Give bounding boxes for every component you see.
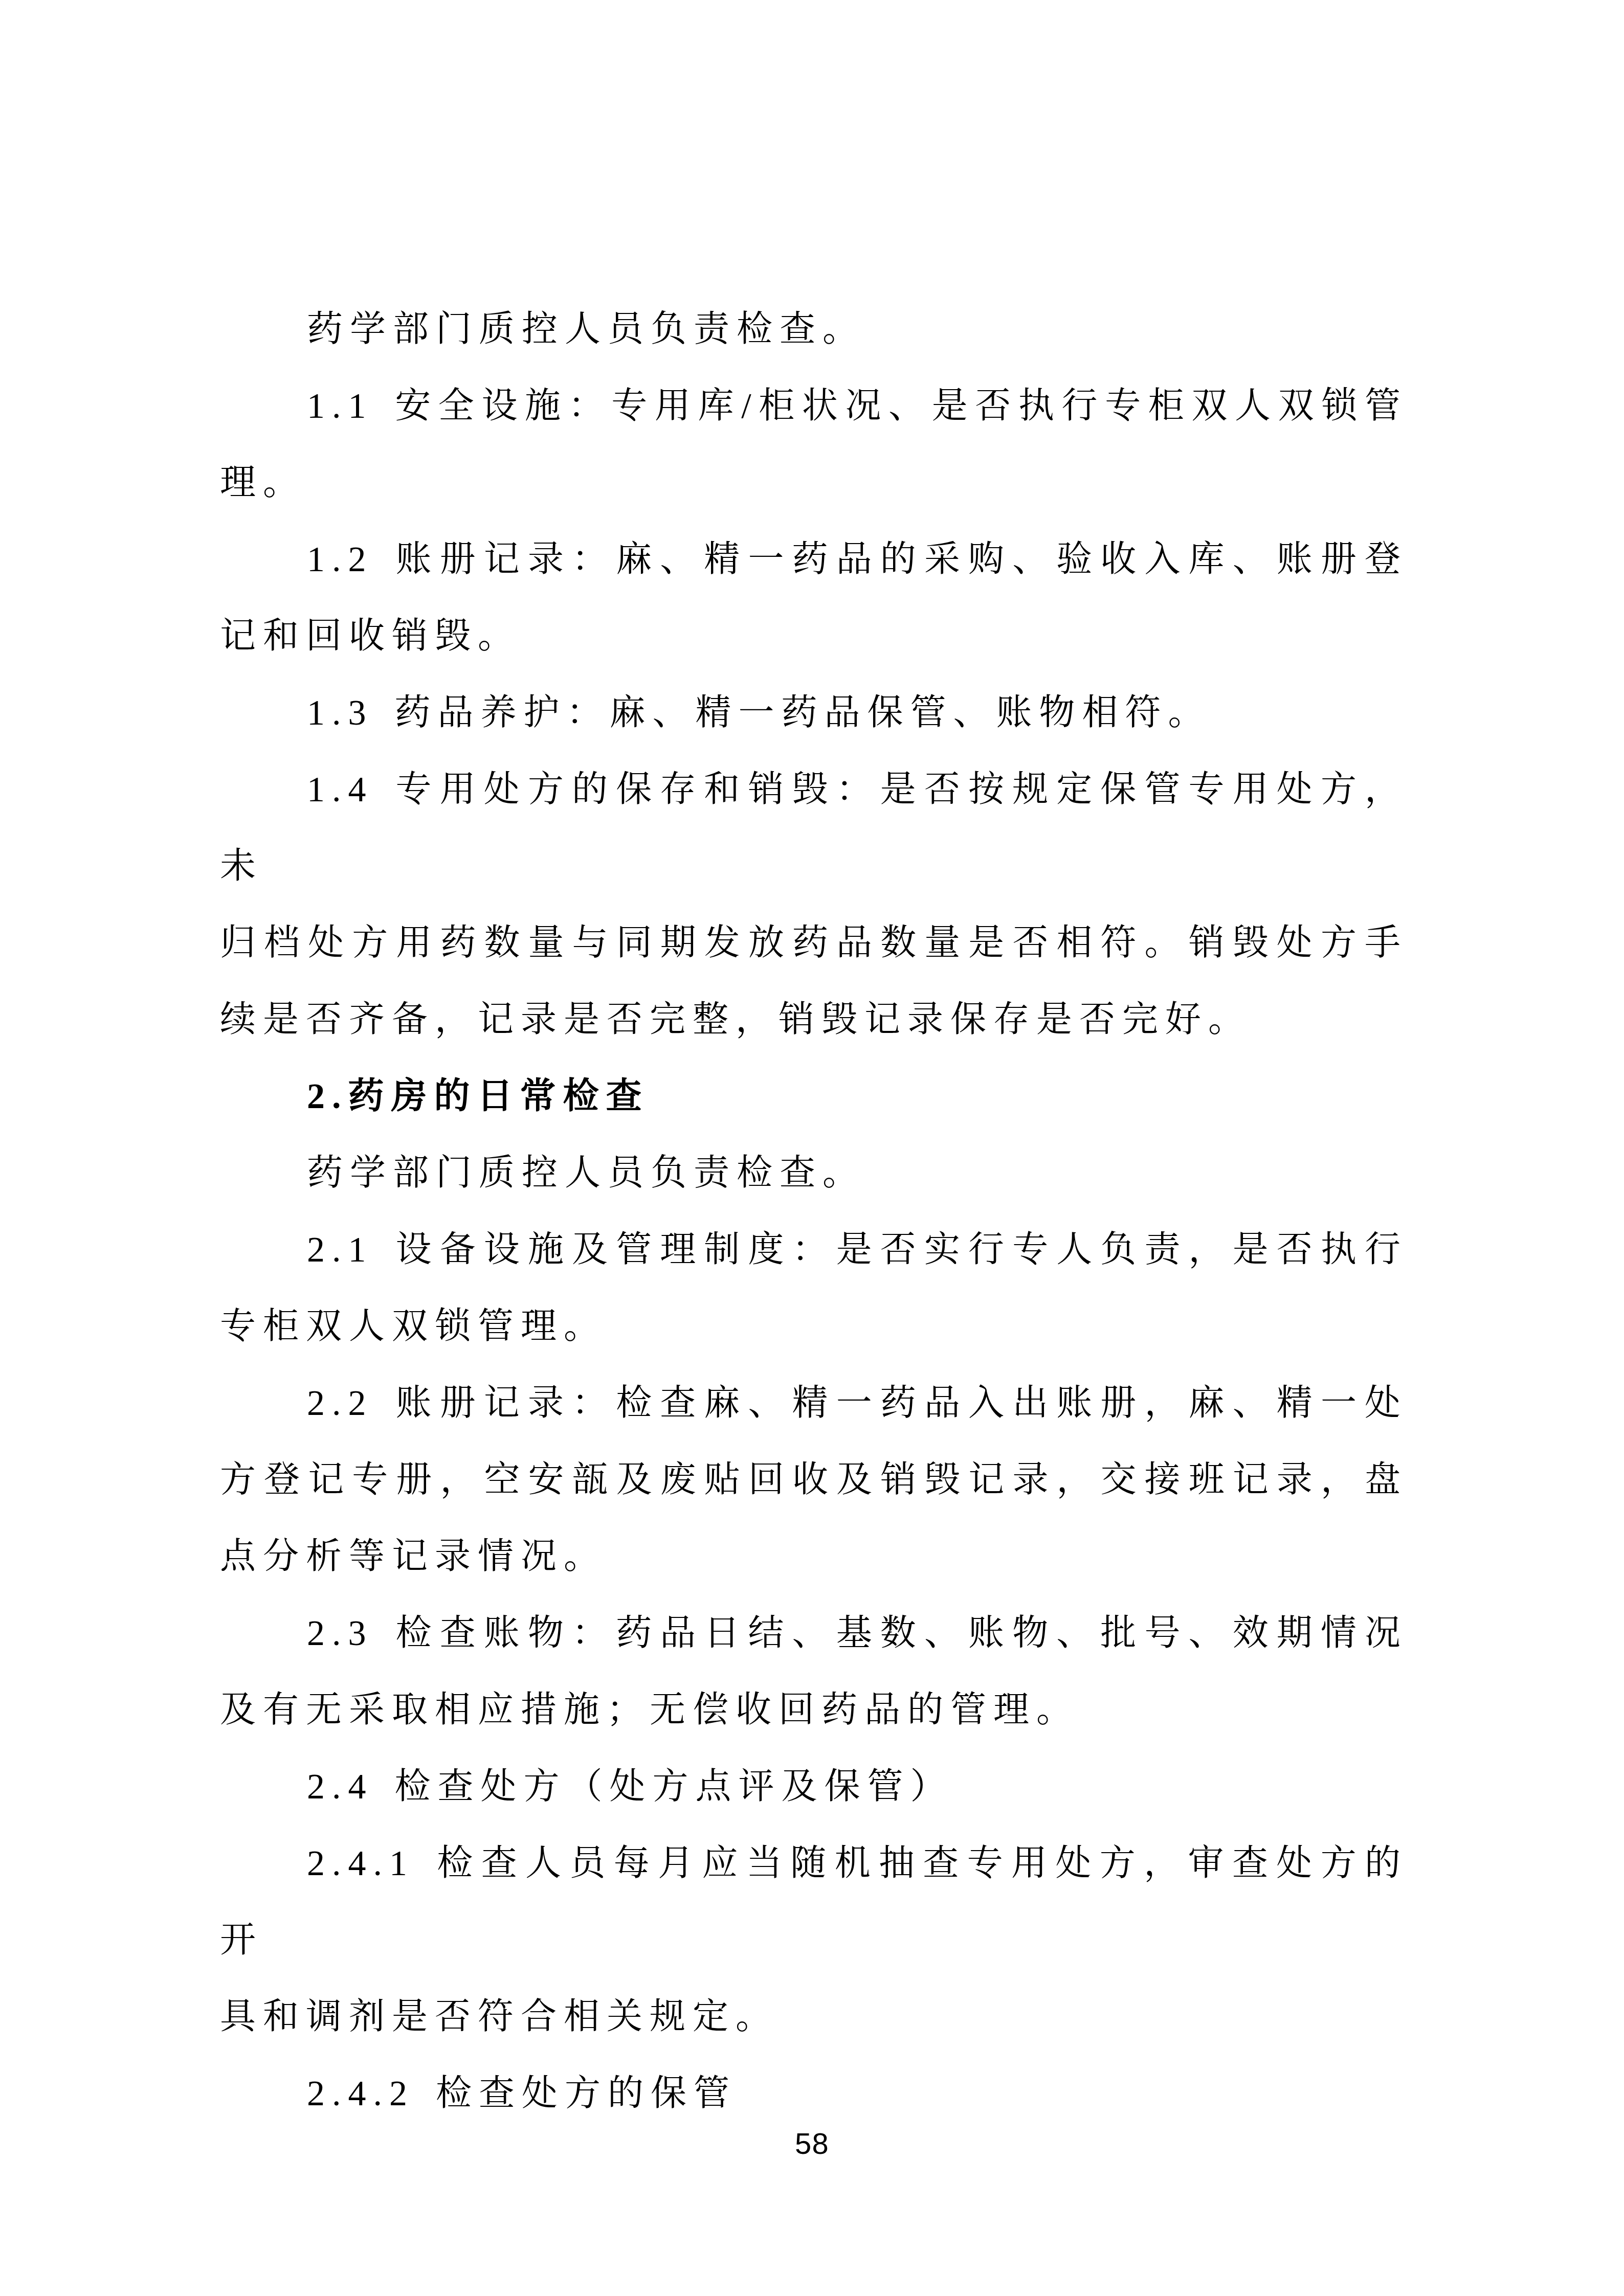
section-heading: 2.药房的日常检查 — [220, 1059, 1408, 1135]
text-line: 2.1 设备设施及管理制度：是否实行专人负责，是否执行 — [220, 1212, 1408, 1289]
text-line: 2.4 检查处方（处方点评及保管） — [220, 1749, 1408, 1826]
text-line: 记和回收销毁。 — [220, 598, 1408, 675]
text-line: 1.1 安全设施：专用库/柜状况、是否执行专柜双人双锁管 — [220, 368, 1408, 445]
page-footer: 58 — [0, 2126, 1624, 2162]
text-line: 1.3 药品养护：麻、精一药品保管、账物相符。 — [220, 675, 1408, 752]
text-line: 具和调剂是否符合相关规定。 — [220, 1979, 1408, 2056]
text-line: 专柜双人双锁管理。 — [220, 1289, 1408, 1365]
text-line: 1.4 专用处方的保存和销毁：是否按规定保管专用处方，未 — [220, 752, 1408, 905]
text-line: 方登记专册，空安瓿及废贴回收及销毁记录，交接班记录，盘 — [220, 1442, 1408, 1519]
page-number: 58 — [795, 2127, 829, 2160]
text-line: 理。 — [220, 445, 1408, 522]
text-line: 药学部门质控人员负责检查。 — [220, 291, 1408, 368]
text-line: 2.3 检查账物：药品日结、基数、账物、批号、效期情况 — [220, 1595, 1408, 1672]
text-line: 点分析等记录情况。 — [220, 1519, 1408, 1595]
text-line: 2.2 账册记录：检查麻、精一药品入出账册，麻、精一处 — [220, 1365, 1408, 1442]
text-line: 药学部门质控人员负责检查。 — [220, 1135, 1408, 1212]
document-body: 药学部门质控人员负责检查。1.1 安全设施：专用库/柜状况、是否执行专柜双人双锁… — [220, 291, 1408, 2132]
document-page: 药学部门质控人员负责检查。1.1 安全设施：专用库/柜状况、是否执行专柜双人双锁… — [0, 0, 1624, 2296]
text-line: 续是否齐备，记录是否完整，销毁记录保存是否完好。 — [220, 982, 1408, 1059]
text-line: 1.2 账册记录：麻、精一药品的采购、验收入库、账册登 — [220, 522, 1408, 598]
text-line: 及有无采取相应措施；无偿收回药品的管理。 — [220, 1672, 1408, 1749]
text-line: 2.4.1 检查人员每月应当随机抽查专用处方，审查处方的开 — [220, 1826, 1408, 1979]
text-line: 2.4.2 检查处方的保管 — [220, 2056, 1408, 2132]
text-line: 归档处方用药数量与同期发放药品数量是否相符。销毁处方手 — [220, 905, 1408, 982]
